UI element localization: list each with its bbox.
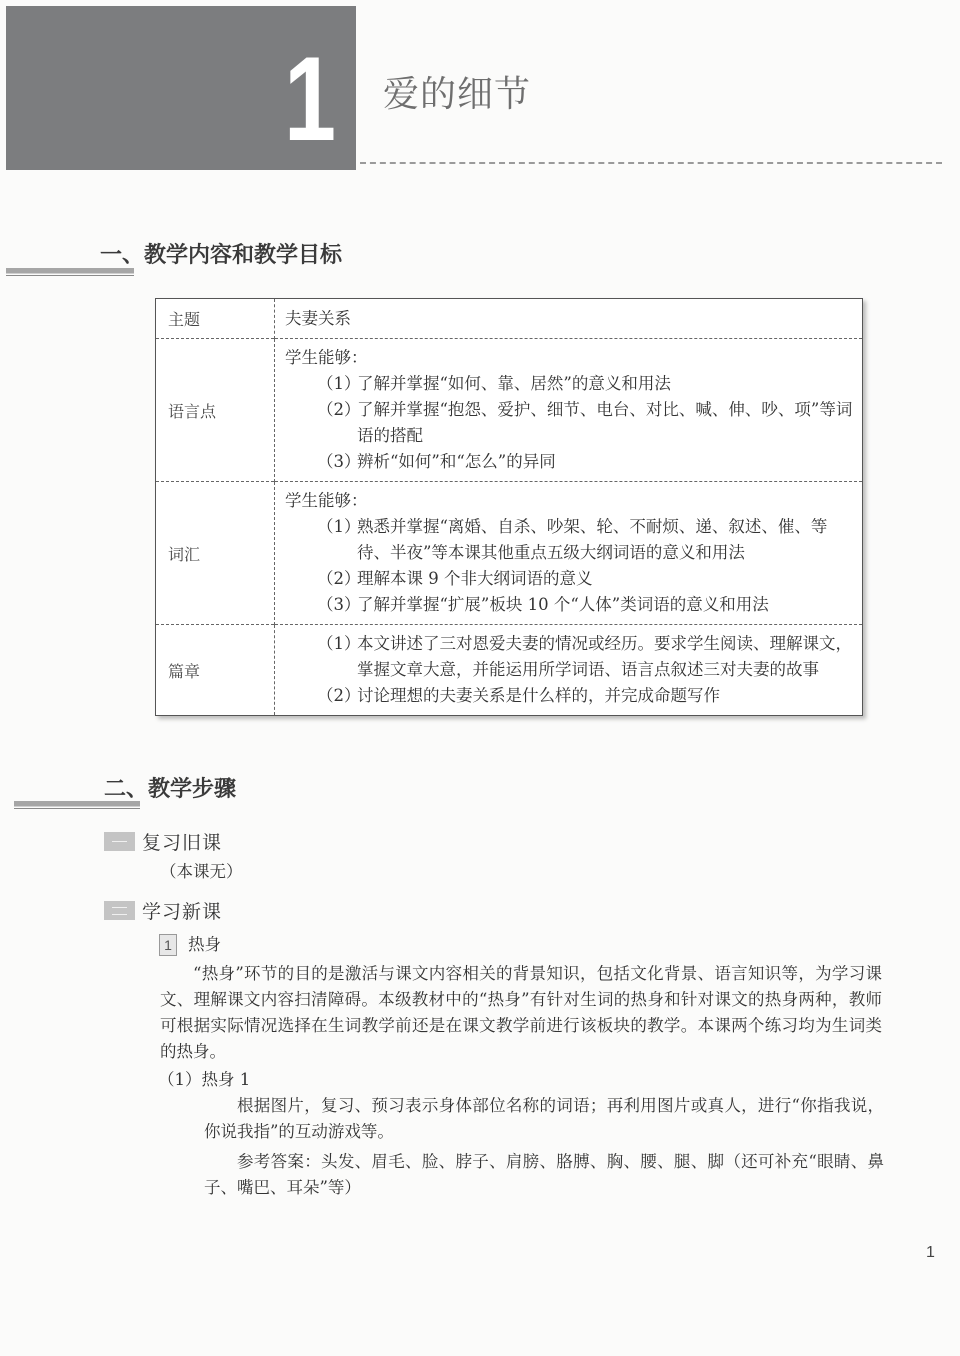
chapter-number: 1 <box>284 44 336 154</box>
numeral-one-icon <box>104 832 135 851</box>
step-1-title: 热身 <box>188 932 221 958</box>
row-label: 词汇 <box>156 482 275 625</box>
row-content: 学生能够： （1）了解并掌握“如何、靠、居然”的意义和用法 （2）了解并掌握“抱… <box>275 339 863 482</box>
section-2-heading: 二、教学步骤 <box>104 772 236 803</box>
list-item: （3）辨析“如何”和“怎么”的异同 <box>325 449 854 475</box>
table-row-vocabulary: 词汇 学生能够： （1）熟悉并掌握“离婚、自杀、吵架、轮、不耐烦、递、叙述、催、… <box>156 482 863 625</box>
section-1-rule <box>6 268 134 274</box>
row-content: 夫妻关系 <box>275 299 863 339</box>
list-item: （2）讨论理想的夫妻关系是什么样的，并完成命题写作 <box>325 683 854 709</box>
list-item: （1）了解并掌握“如何、靠、居然”的意义和用法 <box>325 371 854 397</box>
list-item: （1）熟悉并掌握“离婚、自杀、吵架、轮、不耐烦、递、叙述、催、等待、半夜”等本课… <box>325 514 854 566</box>
row-label: 篇章 <box>156 625 275 716</box>
table-row-discourse: 篇章 （1）本文讲述了三对恩爱夫妻的情况或经历。要求学生阅读、理解课文，掌握文章… <box>156 625 863 716</box>
table-row-topic: 主题 夫妻关系 <box>156 299 863 339</box>
warmup-1-title: （1）热身 1 <box>158 1067 250 1093</box>
page-number: 1 <box>926 1244 935 1262</box>
row-intro: 学生能够： <box>285 488 854 514</box>
numeral-two-icon <box>104 901 135 920</box>
list-item: （1）本文讲述了三对恩爱夫妻的情况或经历。要求学生阅读、理解课文，掌握文章大意，… <box>325 631 854 683</box>
row-intro: 学生能够： <box>285 345 854 371</box>
section-2-rule <box>14 801 140 807</box>
row-content: 学生能够： （1）熟悉并掌握“离婚、自杀、吵架、轮、不耐烦、递、叙述、催、等待、… <box>275 482 863 625</box>
review-heading: 复习旧课 <box>142 828 222 855</box>
row-label: 主题 <box>156 299 275 339</box>
list-item: （2）理解本课 9 个非大纲词语的意义 <box>325 566 854 592</box>
new-lesson-heading: 学习新课 <box>142 897 222 924</box>
row-content: （1）本文讲述了三对恩爱夫妻的情况或经历。要求学生阅读、理解课文，掌握文章大意，… <box>275 625 863 716</box>
list-item: （3）了解并掌握“扩展”板块 10 个“人体”类词语的意义和用法 <box>325 592 854 618</box>
review-note: （本课无） <box>160 859 243 885</box>
chapter-banner: 1 <box>6 6 356 170</box>
warmup-1-description: 根据图片，复习、预习表示身体部位名称的词语；再利用图片或真人，进行“你指我说，你… <box>160 1093 884 1145</box>
warmup-1-answer: 参考答案：头发、眉毛、脸、脖子、肩膀、胳膊、胸、腰、腿、脚（还可补充“眼睛、鼻子… <box>160 1149 884 1201</box>
chapter-divider <box>360 162 942 164</box>
goals-table: 主题 夫妻关系 语言点 学生能够： （1）了解并掌握“如何、靠、居然”的意义和用… <box>155 298 863 716</box>
row-label: 语言点 <box>156 339 275 482</box>
warmup-paragraph: “热身”环节的目的是激活与课文内容相关的背景知识，包括文化背景、语言知识等，为学… <box>160 961 882 1065</box>
section-1-heading: 一、教学内容和教学目标 <box>100 238 342 269</box>
list-item: （2）了解并掌握“抱怨、爱护、细节、电台、对比、喊、伸、吵、项”等词语的搭配 <box>325 397 854 449</box>
table-row-language-points: 语言点 学生能够： （1）了解并掌握“如何、靠、居然”的意义和用法 （2）了解并… <box>156 339 863 482</box>
chapter-title: 爱的细节 <box>383 66 531 117</box>
step-number-badge: 1 <box>159 934 177 956</box>
